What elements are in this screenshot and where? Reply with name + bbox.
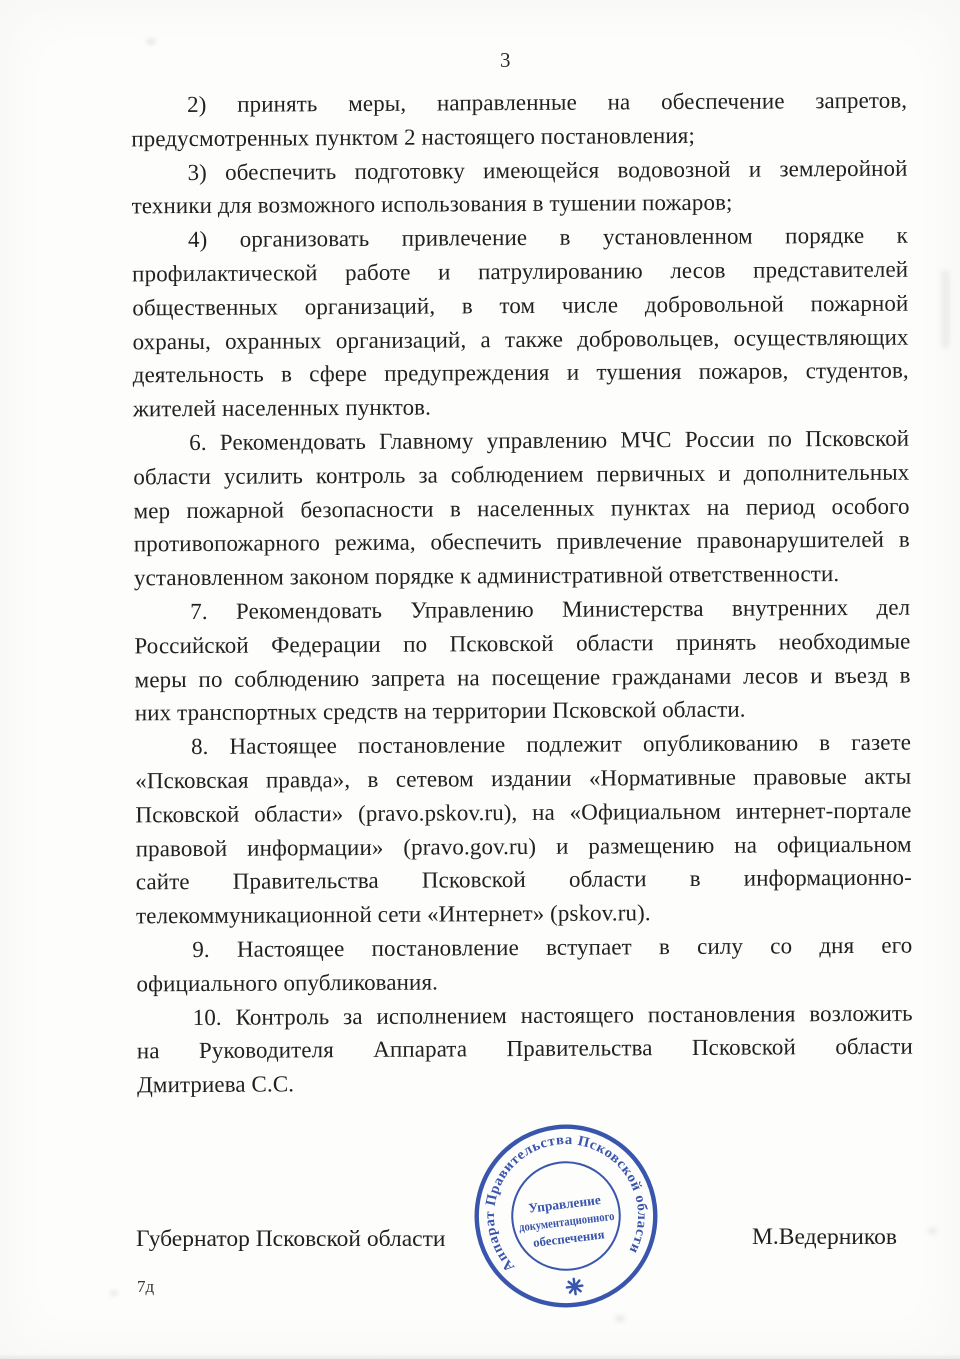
official-stamp-icon: Аппарат Правительства Псковской области …	[470, 1120, 662, 1312]
scan-smudge	[110, 1290, 118, 1296]
text-line: 2) принять меры, направленные на обеспеч…	[131, 84, 907, 123]
stamp-star-icon	[566, 1278, 583, 1295]
scan-smudge	[941, 270, 950, 348]
page-number: 3	[500, 48, 511, 73]
text-line: профилактической работе и патрулированию…	[132, 253, 908, 292]
text-line: Дмитриева С.С.	[137, 1064, 913, 1103]
paragraph: 2) принять меры, направленные на обеспеч…	[131, 84, 907, 156]
paragraph: 10. Контроль за исполнением настоящего п…	[137, 996, 914, 1102]
text-line: жителей населенных пунктов.	[133, 388, 909, 427]
text-line: 9. Настоящее постановление вступает в си…	[136, 929, 912, 968]
text-line: охраны, охранных организаций, а также до…	[132, 320, 908, 359]
paragraph: 7. Рекомендовать Управлению Министерства…	[134, 591, 911, 731]
paragraph: 4) организовать привлечение в установлен…	[132, 219, 909, 427]
paragraph: 9. Настоящее постановление вступает в си…	[136, 929, 912, 1001]
official-stamp: Аппарат Правительства Псковской области …	[470, 1120, 662, 1312]
text-line: официального опубликования.	[136, 962, 912, 1001]
scan-smudge	[615, 1315, 625, 1322]
document-body: 2) принять меры, направленные на обеспеч…	[131, 84, 913, 1103]
document-page: 3 2) принять меры, направленные на обесп…	[0, 0, 960, 1359]
text-line: предусмотренных пунктом 2 настоящего пос…	[131, 117, 907, 156]
text-line: меры по соблюдению запрета на посещение …	[135, 658, 911, 697]
text-line: 7. Рекомендовать Управлению Министерства…	[134, 591, 910, 630]
text-line: телекоммуникационной сети «Интернет» (ps…	[136, 895, 912, 934]
paragraph: 8. Настоящее постановление подлежит опуб…	[135, 726, 912, 934]
text-line: общественных организаций, в том числе до…	[132, 286, 908, 325]
text-line: на Руководителя Аппарата Правительства П…	[137, 1030, 913, 1069]
text-line: 3) обеспечить подготовку имеющейся водов…	[131, 151, 907, 190]
text-line: деятельность в сфере предупреждения и ту…	[133, 354, 909, 393]
scan-smudge	[146, 38, 156, 45]
text-line: мер пожарной безопасности в населенных п…	[133, 489, 909, 528]
text-line: техники для возможного использования в т…	[132, 185, 908, 224]
text-line: них транспортных средств на территории П…	[135, 692, 911, 731]
paragraph: 3) обеспечить подготовку имеющейся водов…	[131, 151, 907, 223]
scan-smudge	[928, 1228, 937, 1234]
footer-mark: 7д	[137, 1277, 154, 1297]
text-line: 8. Настоящее постановление подлежит опуб…	[135, 726, 911, 765]
text-line: 10. Контроль за исполнением настоящего п…	[137, 996, 913, 1035]
signature-name: М.Ведерников	[752, 1224, 897, 1251]
paragraph: 6. Рекомендовать Главному управлению МЧС…	[133, 422, 910, 596]
text-line: Российской Федерации по Псковской област…	[134, 624, 910, 663]
scan-edge-shadow	[0, 1354, 960, 1359]
text-line: сайте Правительства Псковской области в …	[136, 861, 912, 900]
text-line: 6. Рекомендовать Главному управлению МЧС…	[133, 422, 909, 461]
text-line: правовой информации» (pravo.gov.ru) и ра…	[136, 827, 912, 866]
text-line: «Псковская правда», в сетевом издании «Н…	[135, 760, 911, 799]
text-line: установленном законом порядке к админист…	[134, 557, 910, 596]
text-line: области усилить контроль за соблюдением …	[133, 455, 909, 494]
signature-title: Губернатор Псковской области	[136, 1226, 445, 1253]
text-line: 4) организовать привлечение в установлен…	[132, 219, 908, 258]
text-line: Псковской области» (pravo.pskov.ru), на …	[135, 793, 911, 832]
text-line: противопожарного режима, обеспечить прив…	[134, 523, 910, 562]
